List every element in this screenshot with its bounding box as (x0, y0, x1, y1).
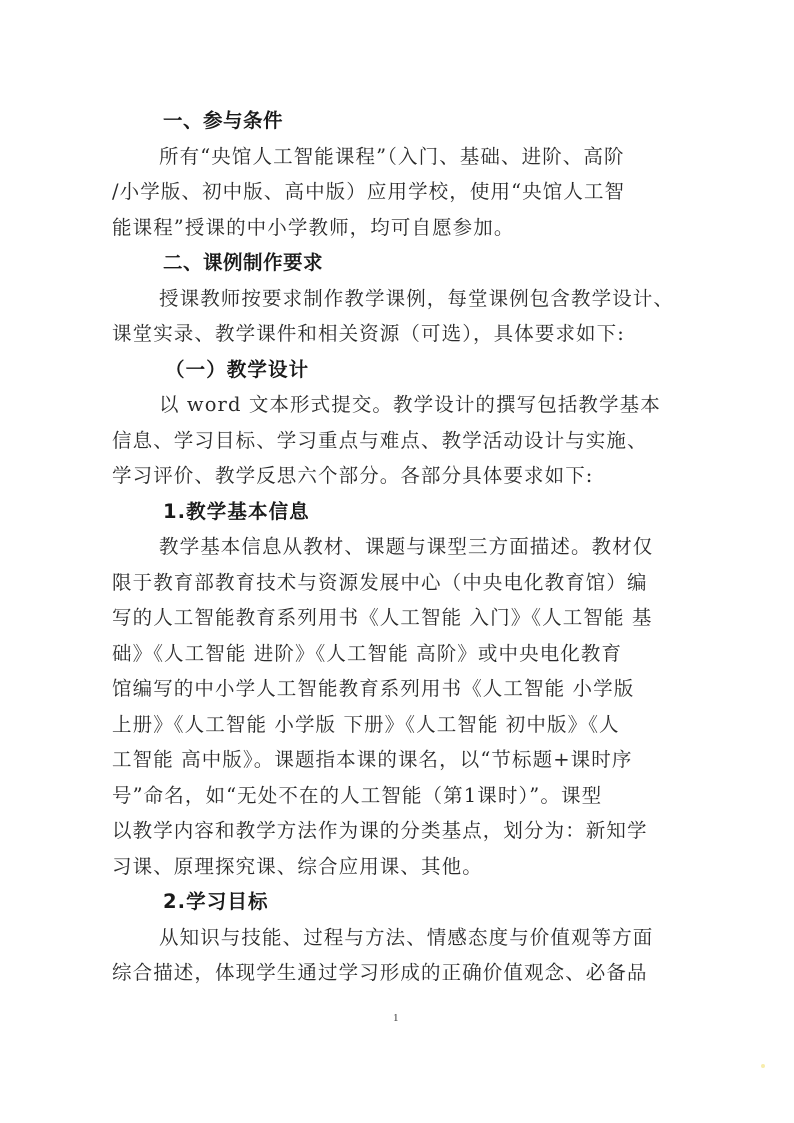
paragraph-line: 上册》《人工智能 小学版 下册》《人工智能 初中版》《人 (112, 707, 672, 743)
paragraph-line: 号”命名，如“无处不在的人工智能（第1课时）”。课型 (112, 778, 672, 814)
paragraph-line: 教学基本信息从教材、课题与课型三方面描述。教材仅 (112, 529, 672, 565)
paragraph-line: 综合描述，体现学生通过学习形成的正确价值观念、必备品 (112, 955, 672, 991)
paragraph-line: 学习评价、教学反思六个部分。各部分具体要求如下: (112, 458, 672, 494)
paragraph-line: 课堂实录、教学课件和相关资源（可选），具体要求如下: (112, 316, 672, 352)
paragraph-line: 能课程”授课的中小学教师，均可自愿参加。 (112, 210, 672, 246)
item-heading-2: 2.学习目标 (112, 884, 672, 920)
paragraph-line: 从知识与技能、过程与方法、情感态度与价值观等方面 (112, 920, 672, 956)
paragraph-line: 写的人工智能教育系列用书《人工智能 入门》《人工智能 基 (112, 600, 672, 636)
decorative-dot-icon (761, 1064, 765, 1068)
paragraph-line: 础》《人工智能 进阶》《人工智能 高阶》或中央电化教育 (112, 636, 672, 672)
paragraph-line: 所有“央馆人工智能课程”（入门、基础、进阶、高阶 (112, 139, 672, 175)
subsection-heading: （一）教学设计 (112, 352, 672, 388)
paragraph-line: 以 word 文本形式提交。教学设计的撰写包括教学基本 (112, 387, 672, 423)
paragraph-line: 授课教师按要求制作教学课例，每堂课例包含教学设计、 (112, 281, 672, 317)
paragraph-line: 以教学内容和教学方法作为课的分类基点，划分为：新知学 (112, 813, 672, 849)
item-heading-1: 1.教学基本信息 (112, 494, 672, 530)
paragraph-line: 信息、学习目标、学习重点与难点、教学活动设计与实施、 (112, 423, 672, 459)
paragraph-line: 馆编写的中小学人工智能教育系列用书《人工智能 小学版 (112, 671, 672, 707)
document-page: 一、参与条件 所有“央馆人工智能课程”（入门、基础、进阶、高阶 /小学版、初中版… (0, 0, 794, 1123)
paragraph-line: 工智能 高中版》。课题指本课的课名，以“节标题+课时序 (112, 742, 672, 778)
paragraph-line: 习课、原理探究课、综合应用课、其他。 (112, 849, 672, 885)
section-heading-1: 一、参与条件 (112, 103, 672, 139)
page-content: 一、参与条件 所有“央馆人工智能课程”（入门、基础、进阶、高阶 /小学版、初中版… (112, 103, 672, 991)
paragraph-line: /小学版、初中版、高中版）应用学校，使用“央馆人工智 (112, 174, 672, 210)
paragraph-line: 限于教育部教育技术与资源发展中心（中央电化教育馆）编 (112, 565, 672, 601)
page-number: 1 (393, 1012, 399, 1024)
section-heading-2: 二、课例制作要求 (112, 245, 672, 281)
